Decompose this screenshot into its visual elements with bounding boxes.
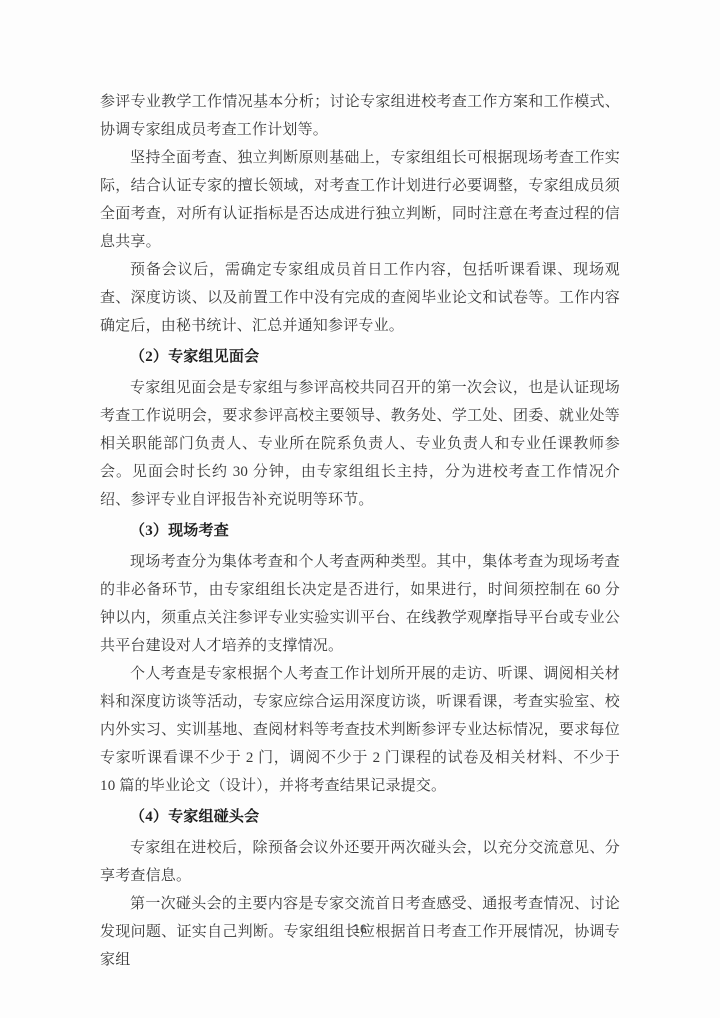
body-paragraph: 专家组在进校后，除预备会议外还要开两次碰头会，以充分交流意见、分享考查信息。 [100, 834, 620, 890]
body-paragraph: 参评专业教学工作情况基本分析；讨论专家组进校考查工作方案和工作模式、协调专家组成… [100, 88, 620, 144]
section-heading: （3）现场考查 [100, 517, 620, 545]
body-paragraph: 专家组见面会是专家组与参评高校共同召开的第一次会议，也是认证现场考查工作说明会，… [100, 374, 620, 514]
body-paragraph: 现场考查分为集体考查和个人考查两种类型。其中，集体考查为现场考查的非必备环节，由… [100, 548, 620, 660]
body-paragraph: 预备会议后，需确定专家组成员首日工作内容，包括听课看课、现场观查、深度访谈、以及… [100, 256, 620, 340]
body-paragraph: 个人考查是专家根据个人考查工作计划所开展的走访、听课、调阅相关材料和深度访谈等活… [100, 660, 620, 800]
text-blocks: 参评专业教学工作情况基本分析；讨论专家组进校考查工作方案和工作模式、协调专家组成… [100, 88, 620, 974]
section-heading: （4）专家组碰头会 [100, 803, 620, 831]
document-page: 参评专业教学工作情况基本分析；讨论专家组进校考查工作方案和工作模式、协调专家组成… [0, 0, 720, 1018]
body-paragraph: 坚持全面考查、独立判断原则基础上，专家组组长可根据现场考查工作实际，结合认证专家… [100, 144, 620, 256]
page-number: 16 [0, 922, 720, 936]
section-heading: （2）专家组见面会 [100, 343, 620, 371]
